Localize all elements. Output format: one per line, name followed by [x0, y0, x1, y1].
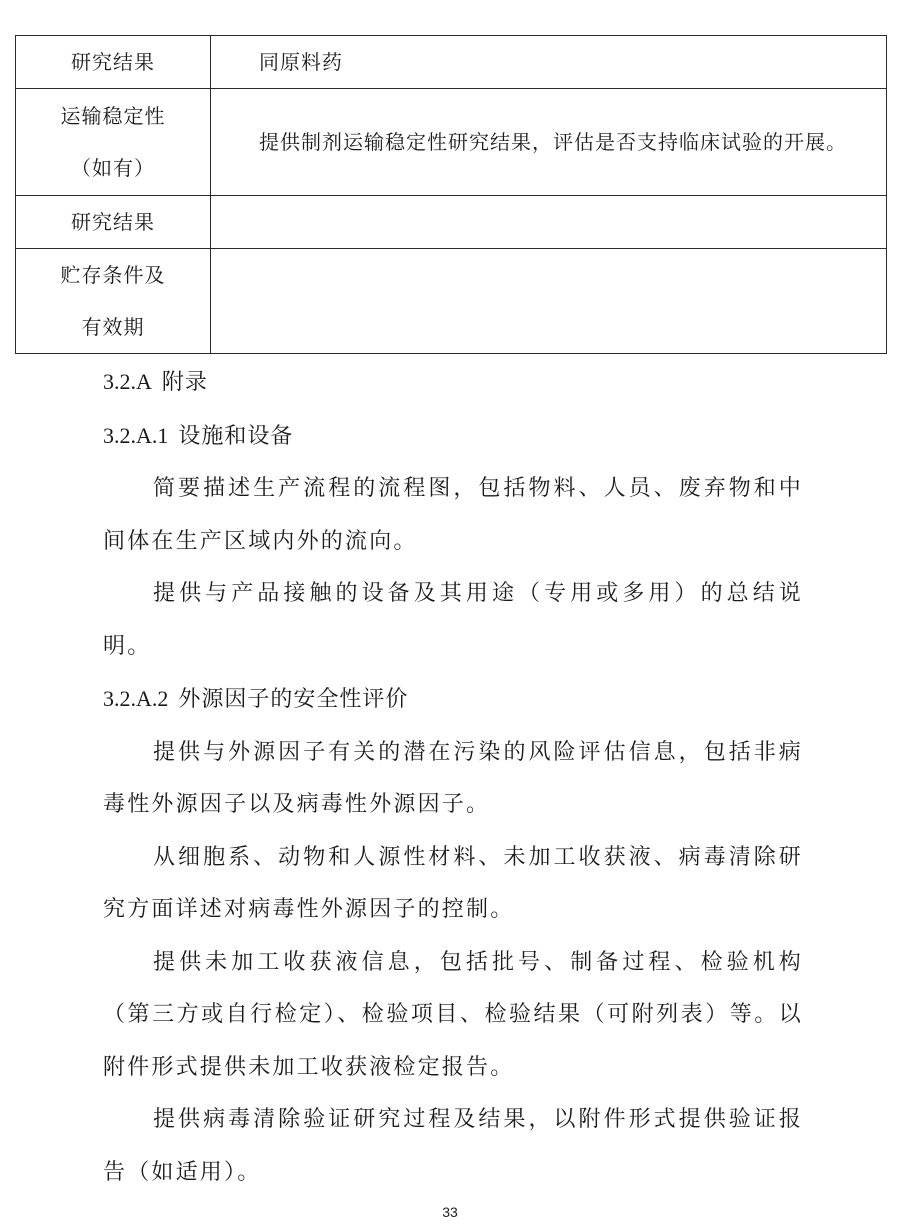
row-label: 研究结果: [16, 36, 211, 89]
paragraph: 提供与产品接触的设备及其用途（专用或多用）的总结说明。: [103, 568, 803, 673]
table-row: 运输稳定性 （如有） 提供制剂运输稳定性研究结果，评估是否支持临床试验的开展。: [16, 89, 887, 196]
paragraph: 提供未加工收获液信息，包括批号、制备过程、检验机构（第三方或自行检定）、检验项目…: [103, 937, 803, 1095]
paragraph: 简要描述生产流程的流程图，包括物料、人员、废弃物和中间体在生产区域内外的流向。: [103, 463, 803, 568]
paragraph: 提供与外源因子有关的潜在污染的风险评估信息，包括非病毒性外源因子以及病毒性外源因…: [103, 727, 803, 832]
table-row: 研究结果 同原料药: [16, 36, 887, 89]
row-label: 研究结果: [16, 196, 211, 249]
table-row: 研究结果: [16, 196, 887, 249]
row-value: 同原料药: [211, 36, 887, 89]
row-value: 提供制剂运输稳定性研究结果，评估是否支持临床试验的开展。: [211, 89, 887, 196]
row-label: 贮存条件及 有效期: [16, 249, 211, 354]
table-row: 贮存条件及 有效期: [16, 249, 887, 354]
row-label: 运输稳定性 （如有）: [16, 89, 211, 196]
document-body: 3.2.A附录 3.2.A.1设施和设备 简要描述生产流程的流程图，包括物料、人…: [103, 356, 803, 1199]
row-value: [211, 196, 887, 249]
paragraph: 从细胞系、动物和人源性材料、未加工收获液、病毒清除研究方面详述对病毒性外源因子的…: [103, 832, 803, 937]
paragraph: 提供病毒清除验证研究过程及结果，以附件形式提供验证报告（如适用）。: [103, 1094, 803, 1199]
stability-table: 研究结果 同原料药 运输稳定性 （如有） 提供制剂运输稳定性研究结果，评估是否支…: [15, 35, 887, 354]
section-heading-adventitious-agents: 3.2.A.2外源因子的安全性评价: [103, 673, 803, 727]
page-number: 33: [0, 1204, 900, 1220]
row-value: [211, 249, 887, 354]
section-heading-facilities: 3.2.A.1设施和设备: [103, 410, 803, 464]
section-heading-appendix: 3.2.A附录: [103, 356, 803, 410]
